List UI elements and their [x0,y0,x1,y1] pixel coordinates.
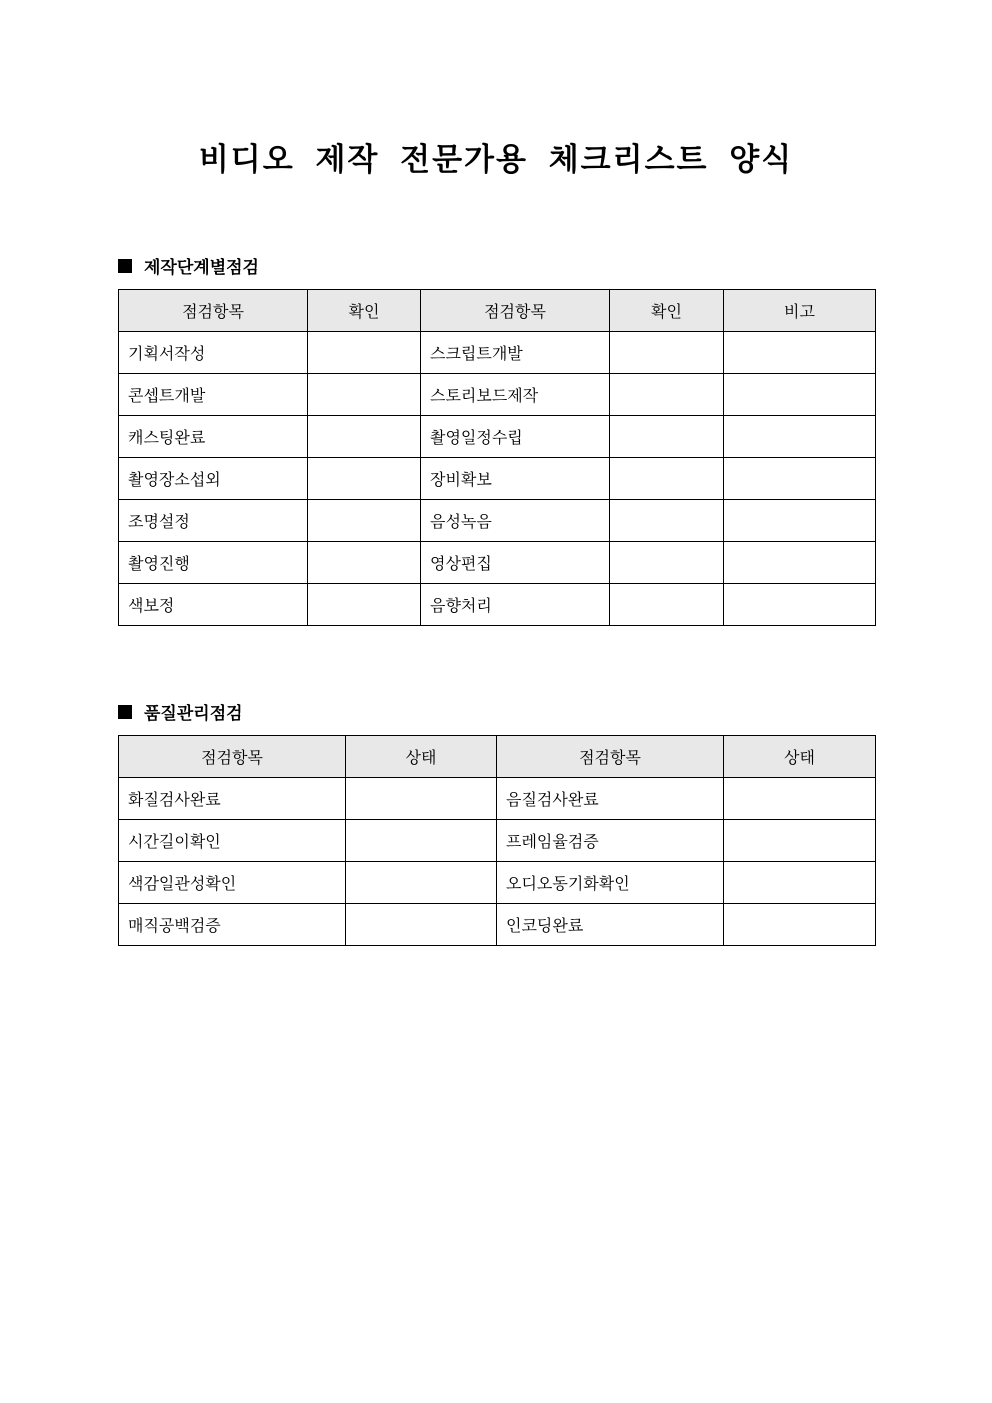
section-heading-label: 품질관리점검 [144,699,243,724]
check-item-label: 오디오동기화확인 [497,862,724,904]
square-bullet-icon [118,259,132,273]
check-item-label: 장비확보 [421,458,610,500]
check-cell[interactable] [308,332,421,374]
check-cell[interactable] [308,584,421,626]
status-cell[interactable] [346,820,497,862]
check-item-label: 화질검사완료 [119,778,346,820]
check-cell[interactable] [610,500,724,542]
check-cell[interactable] [610,458,724,500]
status-cell[interactable] [724,862,876,904]
note-cell[interactable] [724,500,876,542]
column-header-item: 점검항목 [421,290,610,332]
column-header-check: 확인 [610,290,724,332]
check-item-label: 매직공백검증 [119,904,346,946]
check-item-label: 콘셉트개발 [119,374,308,416]
status-cell[interactable] [346,862,497,904]
check-item-label: 영상편집 [421,542,610,584]
check-item-label: 음질검사완료 [497,778,724,820]
check-item-label: 색보정 [119,584,308,626]
column-header-item: 점검항목 [119,736,346,778]
column-header-status: 상태 [724,736,876,778]
check-item-label: 프레임율검증 [497,820,724,862]
check-item-label: 촬영장소섭외 [119,458,308,500]
section-heading-production-stages: 제작단계별점검 [118,253,259,278]
table-header-row: 점검항목 확인 점검항목 확인 비고 [119,290,876,332]
check-cell[interactable] [610,416,724,458]
production-stage-checklist-table: 점검항목 확인 점검항목 확인 비고 기획서작성 스크립트개발 콘셉트개발 스토… [118,289,876,626]
check-cell[interactable] [308,374,421,416]
check-cell[interactable] [610,374,724,416]
check-cell[interactable] [308,542,421,584]
table-row: 색감일관성확인 오디오동기화확인 [119,862,876,904]
check-cell[interactable] [610,542,724,584]
table-row: 기획서작성 스크립트개발 [119,332,876,374]
table-row: 매직공백검증 인코딩완료 [119,904,876,946]
status-cell[interactable] [724,820,876,862]
status-cell[interactable] [346,904,497,946]
check-item-label: 인코딩완료 [497,904,724,946]
section-heading-label: 제작단계별점검 [144,253,259,278]
check-item-label: 색감일관성확인 [119,862,346,904]
table-row: 콘셉트개발 스토리보드제작 [119,374,876,416]
check-item-label: 음향처리 [421,584,610,626]
table-row: 화질검사완료 음질검사완료 [119,778,876,820]
note-cell[interactable] [724,584,876,626]
note-cell[interactable] [724,542,876,584]
section-heading-quality-control: 품질관리점검 [118,699,243,724]
column-header-note: 비고 [724,290,876,332]
check-cell[interactable] [308,458,421,500]
check-item-label: 시간길이확인 [119,820,346,862]
check-cell[interactable] [610,584,724,626]
square-bullet-icon [118,705,132,719]
status-cell[interactable] [724,904,876,946]
check-cell[interactable] [610,332,724,374]
table-row: 캐스팅완료 촬영일정수립 [119,416,876,458]
status-cell[interactable] [346,778,497,820]
note-cell[interactable] [724,458,876,500]
status-cell[interactable] [724,778,876,820]
check-item-label: 촬영일정수립 [421,416,610,458]
table-row: 조명설정 음성녹음 [119,500,876,542]
check-item-label: 스토리보드제작 [421,374,610,416]
check-item-label: 기획서작성 [119,332,308,374]
table-row: 색보정 음향처리 [119,584,876,626]
table-row: 촬영진행 영상편집 [119,542,876,584]
column-header-status: 상태 [346,736,497,778]
check-item-label: 캐스팅완료 [119,416,308,458]
check-cell[interactable] [308,416,421,458]
column-header-item: 점검항목 [497,736,724,778]
column-header-check: 확인 [308,290,421,332]
document-title: 비디오 제작 전문가용 체크리스트 양식 [0,134,992,179]
check-cell[interactable] [308,500,421,542]
column-header-item: 점검항목 [119,290,308,332]
note-cell[interactable] [724,332,876,374]
check-item-label: 음성녹음 [421,500,610,542]
table-row: 시간길이확인 프레임율검증 [119,820,876,862]
quality-control-checklist-table: 점검항목 상태 점검항목 상태 화질검사완료 음질검사완료 시간길이확인 프레임… [118,735,876,946]
check-item-label: 촬영진행 [119,542,308,584]
check-item-label: 조명설정 [119,500,308,542]
check-item-label: 스크립트개발 [421,332,610,374]
table-row: 촬영장소섭외 장비확보 [119,458,876,500]
table-header-row: 점검항목 상태 점검항목 상태 [119,736,876,778]
note-cell[interactable] [724,416,876,458]
note-cell[interactable] [724,374,876,416]
